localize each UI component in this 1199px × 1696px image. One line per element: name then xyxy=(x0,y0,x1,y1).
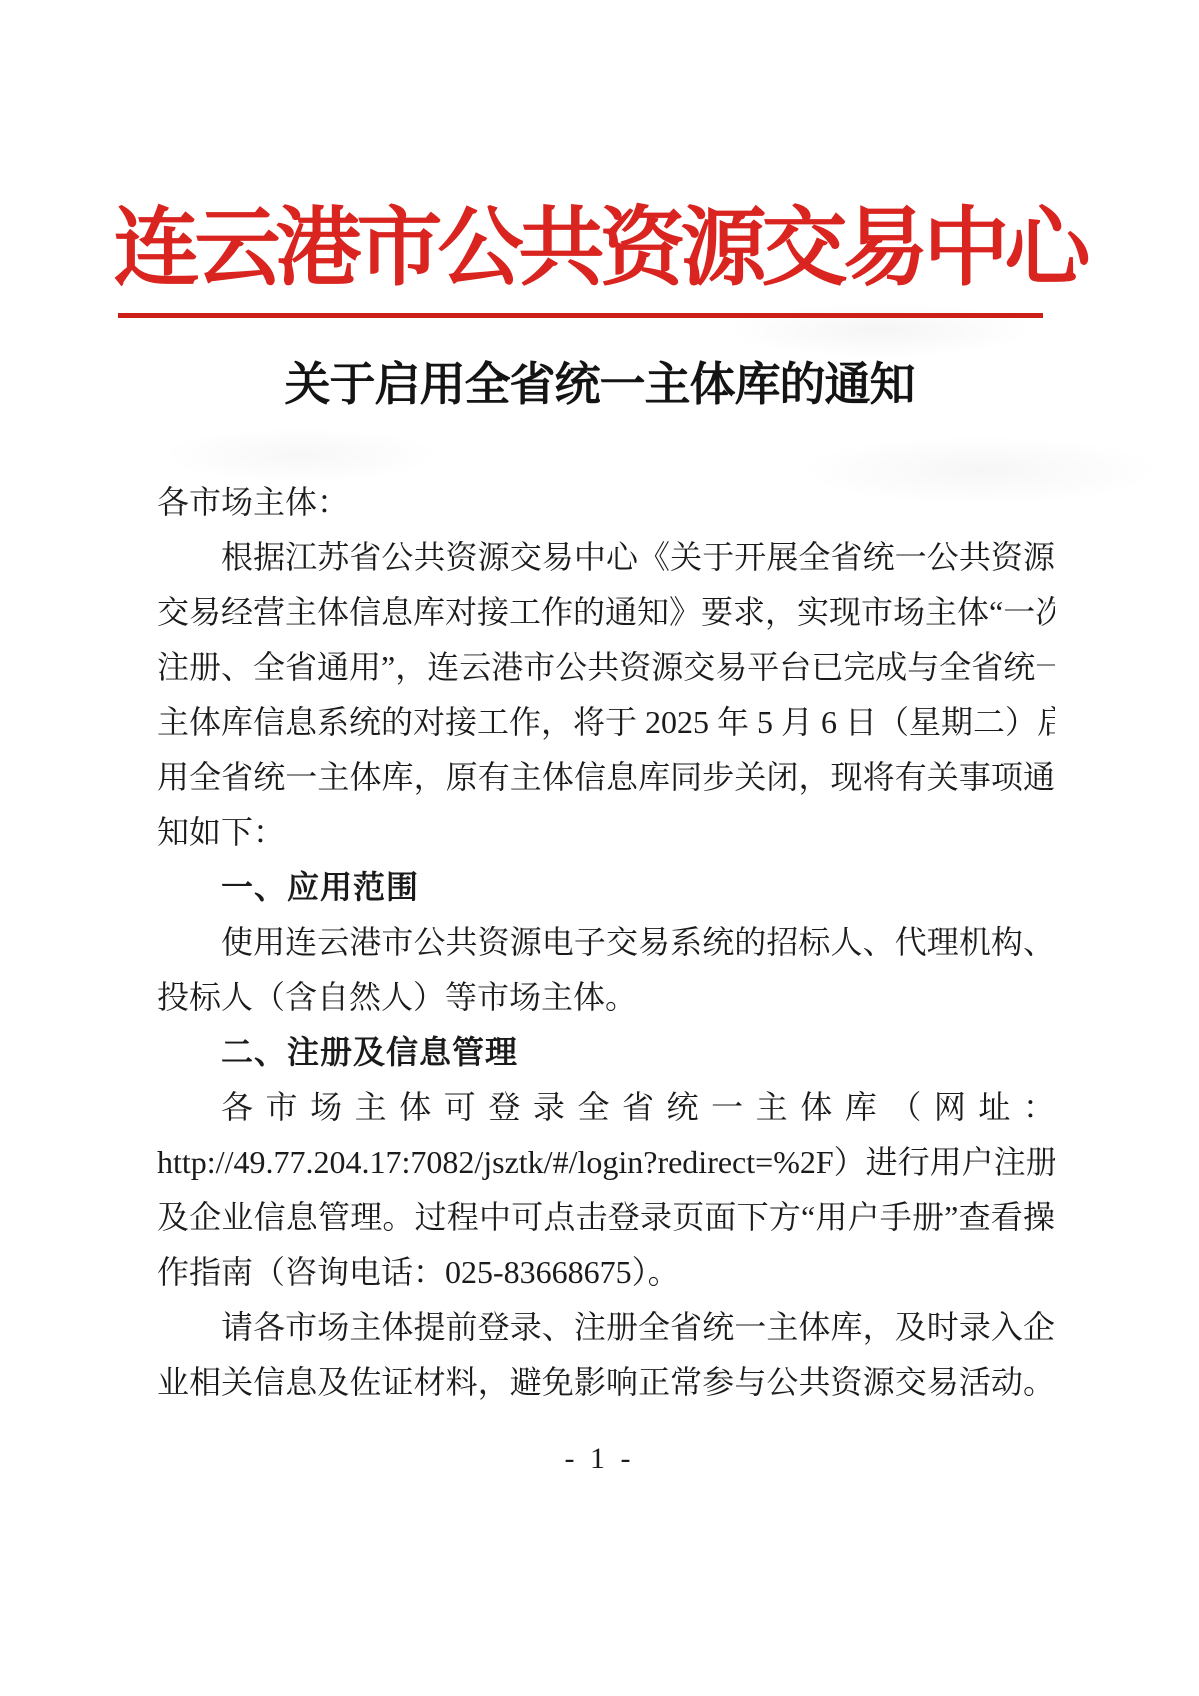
document-title: 关于启用全省统一主体库的通知 xyxy=(0,348,1199,414)
page-number: - 1 - xyxy=(0,1442,1199,1476)
document-line: 请各市场主体提前登录、注册全省统一主体库，及时录入企 xyxy=(157,1300,1055,1355)
document-line: 业相关信息及佐证材料，避免影响正常参与公共资源交易活动。 xyxy=(157,1355,1055,1410)
header-divider xyxy=(118,313,1043,318)
section-heading-scope: 一、应用范围 xyxy=(157,860,1055,915)
section-heading-registration: 二、注册及信息管理 xyxy=(157,1025,1055,1080)
document-page: 连云港市公共资源交易中心 关于启用全省统一主体库的通知 各市场主体： 根据江苏省… xyxy=(0,0,1199,1696)
document-line: 交易经营主体信息库对接工作的通知》要求，实现市场主体“一次 xyxy=(157,585,1055,640)
document-line: 使用连云港市公共资源电子交易系统的招标人、代理机构、 xyxy=(157,915,1055,970)
document-line-url: http://49.77.204.17:7082/jsztk/#/login?r… xyxy=(157,1135,1055,1190)
document-line: 投标人（含自然人）等市场主体。 xyxy=(157,970,1055,1025)
document-line: 及企业信息管理。过程中可点击登录页面下方“用户手册”查看操 xyxy=(157,1190,1055,1245)
document-line: 注册、全省通用”，连云港市公共资源交易平台已完成与全省统一 xyxy=(157,640,1055,695)
document-line: 用全省统一主体库，原有主体信息库同步关闭，现将有关事项通 xyxy=(157,750,1055,805)
document-line: 各市场主体可登录全省统一主体库（网址： xyxy=(157,1080,1055,1135)
document-line: 根据江苏省公共资源交易中心《关于开展全省统一公共资源 xyxy=(157,530,1055,585)
salutation-line: 各市场主体： xyxy=(157,475,1055,530)
document-line-phone: 作指南（咨询电话：025-83668675）。 xyxy=(157,1245,1055,1300)
organization-title: 连云港市公共资源交易中心 xyxy=(0,178,1199,302)
document-line: 知如下： xyxy=(157,805,1055,860)
document-line: 主体库信息系统的对接工作，将于 2025 年 5 月 6 日（星期二）启 xyxy=(157,695,1055,750)
document-body: 各市场主体： 根据江苏省公共资源交易中心《关于开展全省统一公共资源 交易经营主体… xyxy=(157,475,1055,1410)
